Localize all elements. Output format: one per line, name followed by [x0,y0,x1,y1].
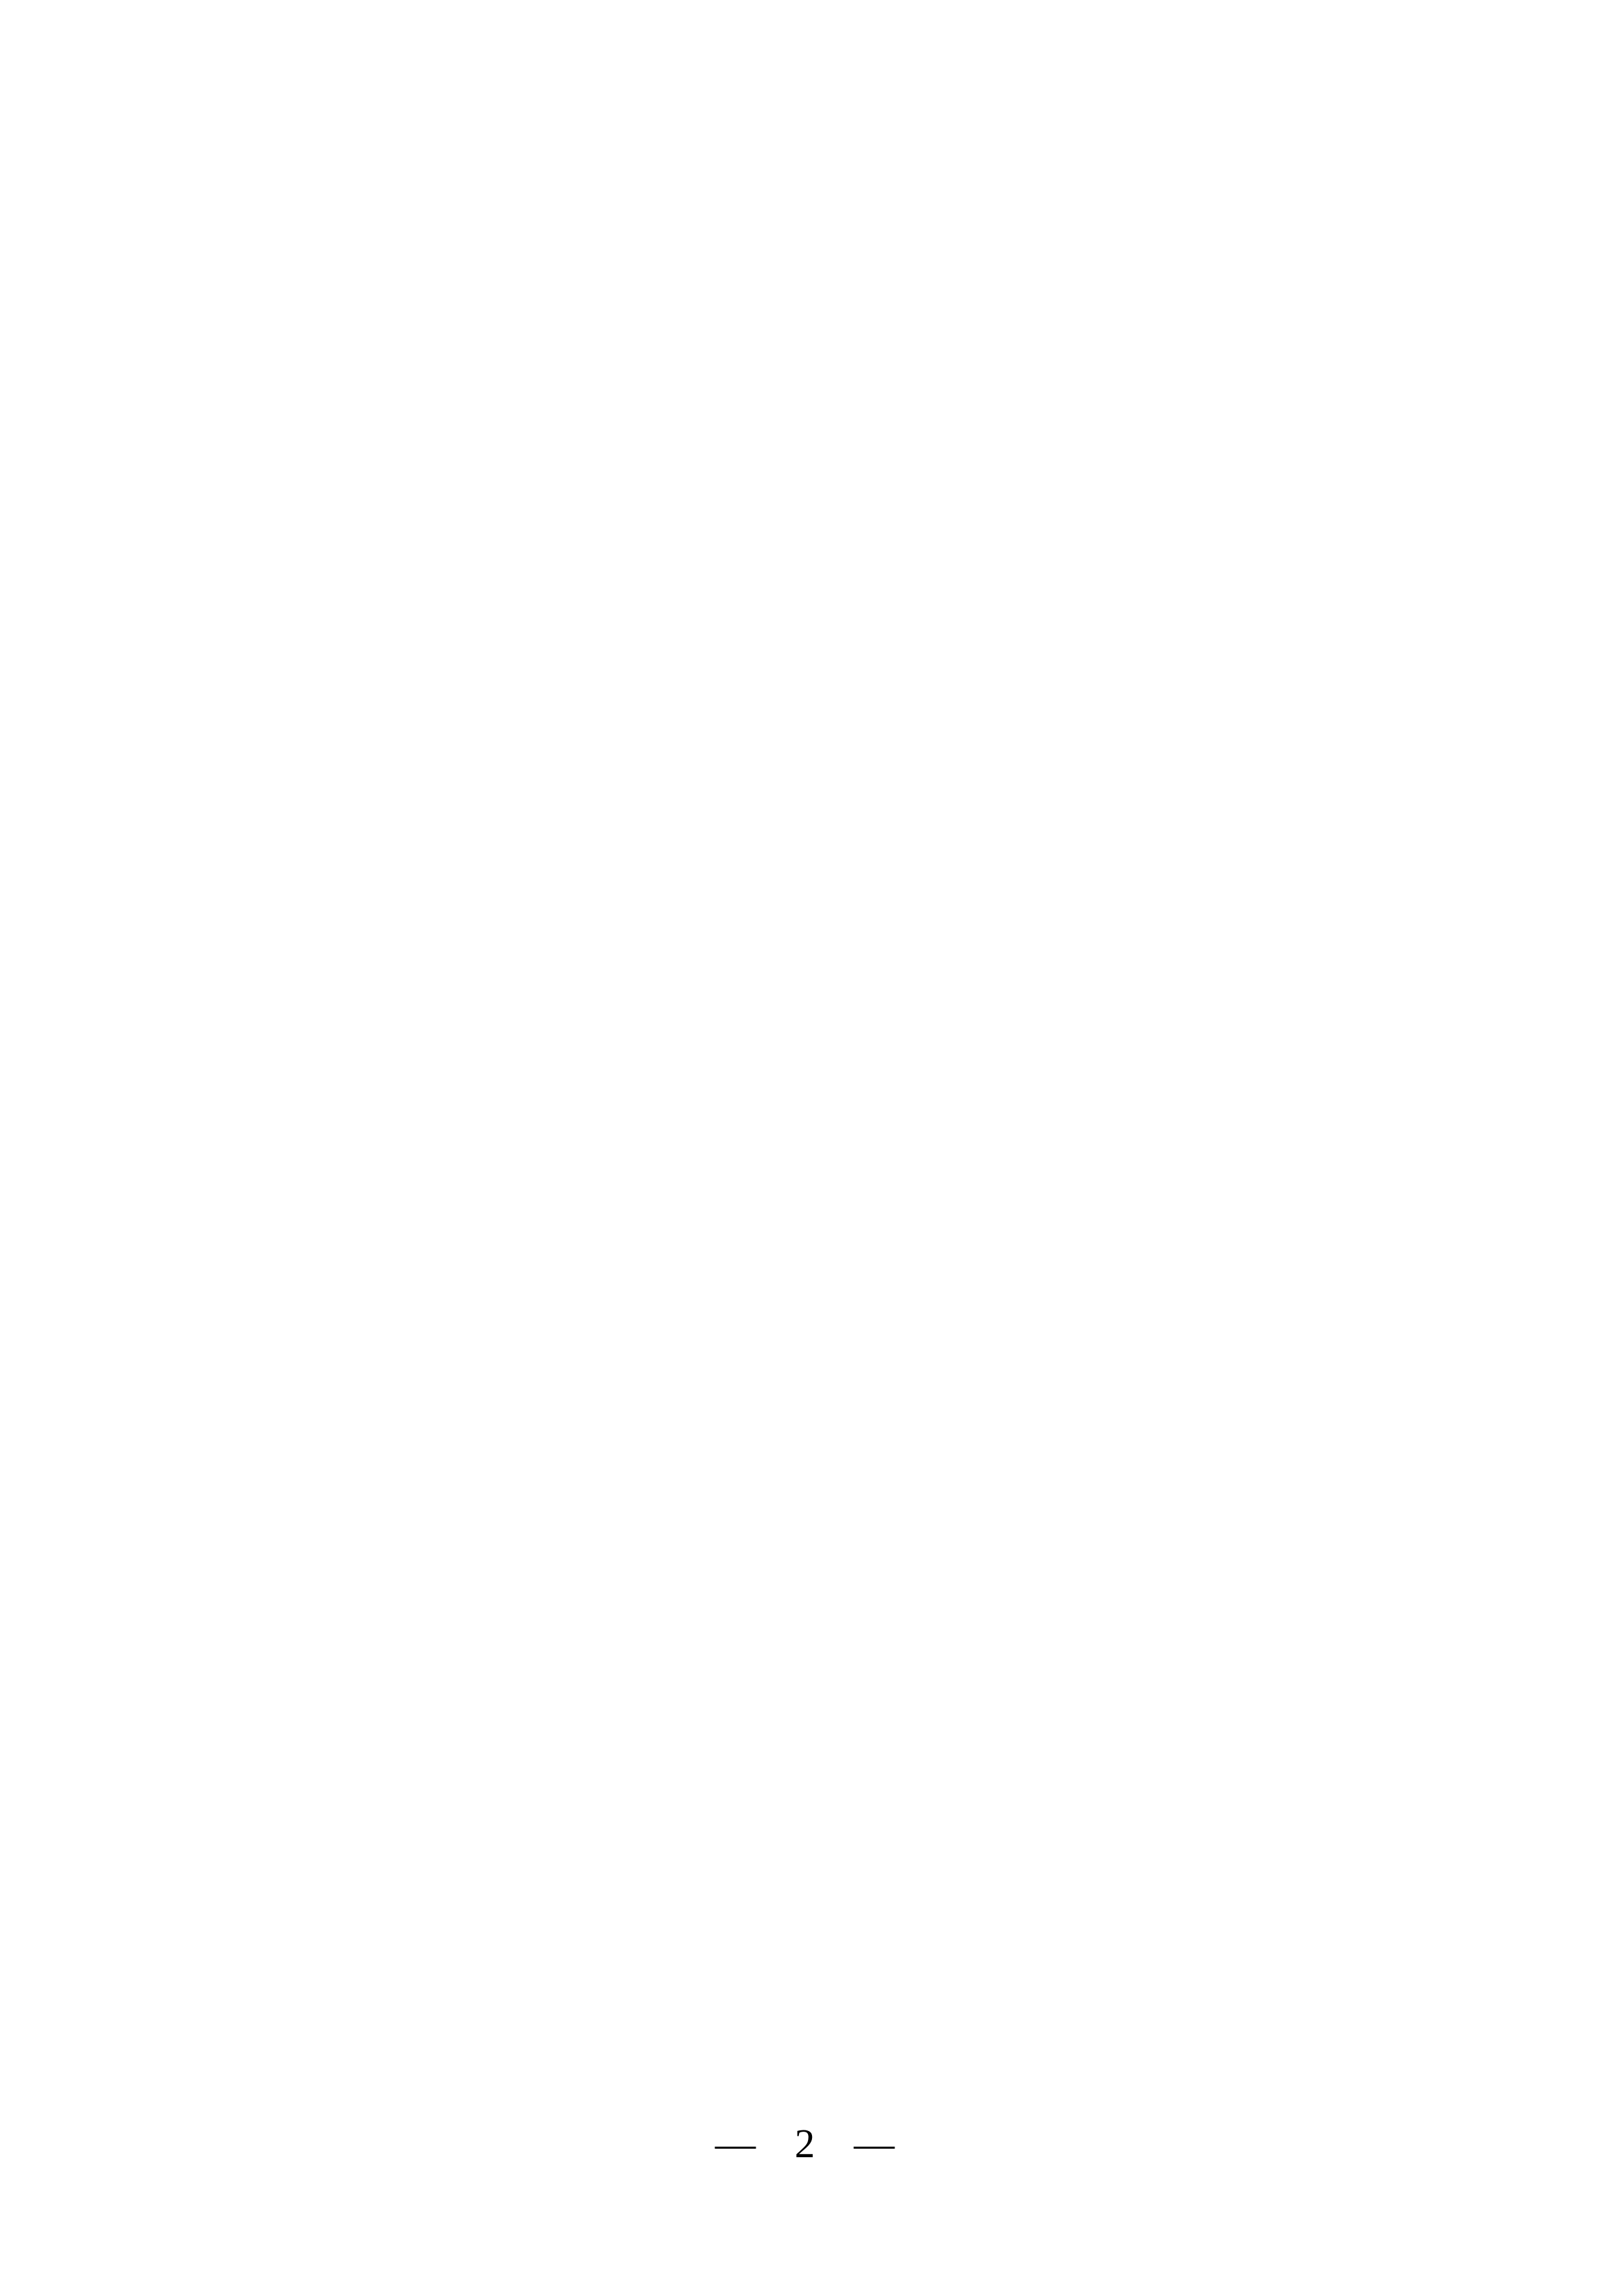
tip1-line-7: 指定地点有序停放)。 [252,1333,1388,1408]
contact-person-row-2: 重庆消防协会 谢老师（13983548210） [252,363,1388,437]
tip2-line-6: 在签到处查询。 [252,1781,1388,1855]
address-row: 通讯地址：重庆市高新区重庆大学城重庆科技大学安 [252,437,1388,512]
tip1-line-3: 安全科学与工程学院，被访人：黄小钟）。进校申请审批通 [252,1034,1388,1109]
tip1-line-1: （一）各单位招聘人员，请提前 1 天通过微信小程序 [252,885,1388,960]
website-row: 网址：www.cqust.edu.cn [252,661,1388,736]
tip1-line-5: 自动放行；如开车进校，打开短信中链接经门卫核验后放 [252,1184,1388,1258]
section-heading-tips: 四、温馨提示 [252,811,1388,885]
tip2-line-1: （二）用人单位可直接于 5 月 9 日（周五）9:00-12:00 [252,1408,1388,1482]
tip2-line-5: 场，参会单位展位安排会提前发送给各单位联络人，也可 [252,1706,1388,1781]
tip3-line-1: （三）用人单位如遇特殊情况需取消或更改招聘活动 [252,1855,1388,1930]
email-row: 电子邮件：2023008@cqust.edu.cn [252,736,1388,811]
tip2-line-2: 到“双选”会会场报到。“双选”会活动当天，由于学校门 [252,1482,1388,1557]
tip1-line-6: 行（注意事项：车辆在校内行驶时速请低于 30km/h，并在 [252,1258,1388,1333]
section-heading-contact: 三、会务联系方式 [252,213,1388,288]
tip1-line-4: 过后，访客会收到短信通知。如步行进校，刷身份证门禁 [252,1109,1388,1184]
postcode-row: 邮编：401331 [252,587,1388,661]
address-row-2: 全科学与工程学院 [252,512,1388,587]
document-page: 三、会务联系方式 联系人：重庆科技大学 黄老师（17781968859） 重庆消… [0,0,1624,2296]
tip1-line-2: “重科访客”系统填报进校人员及车辆申请（到访单位： [252,960,1388,1034]
contact-person-row: 联系人：重庆科技大学 黄老师（17781968859） [252,288,1388,363]
tip2-line-4: 随意更换、临时增加。招聘工作人员提前 30 分钟到达会 [252,1631,1388,1706]
tip3-line-2: 事项，请提前 1 个工作日联系本次“双选”会联系人。 [252,1930,1388,2005]
document-body: 三、会务联系方式 联系人：重庆科技大学 黄老师（17781968859） 重庆消… [252,213,1388,2005]
tip2-line-3: 禁限制，来校招聘工作人员应与申请参会人员一致，请勿 [252,1557,1388,1631]
page-number: — 2 — [0,2118,1624,2170]
